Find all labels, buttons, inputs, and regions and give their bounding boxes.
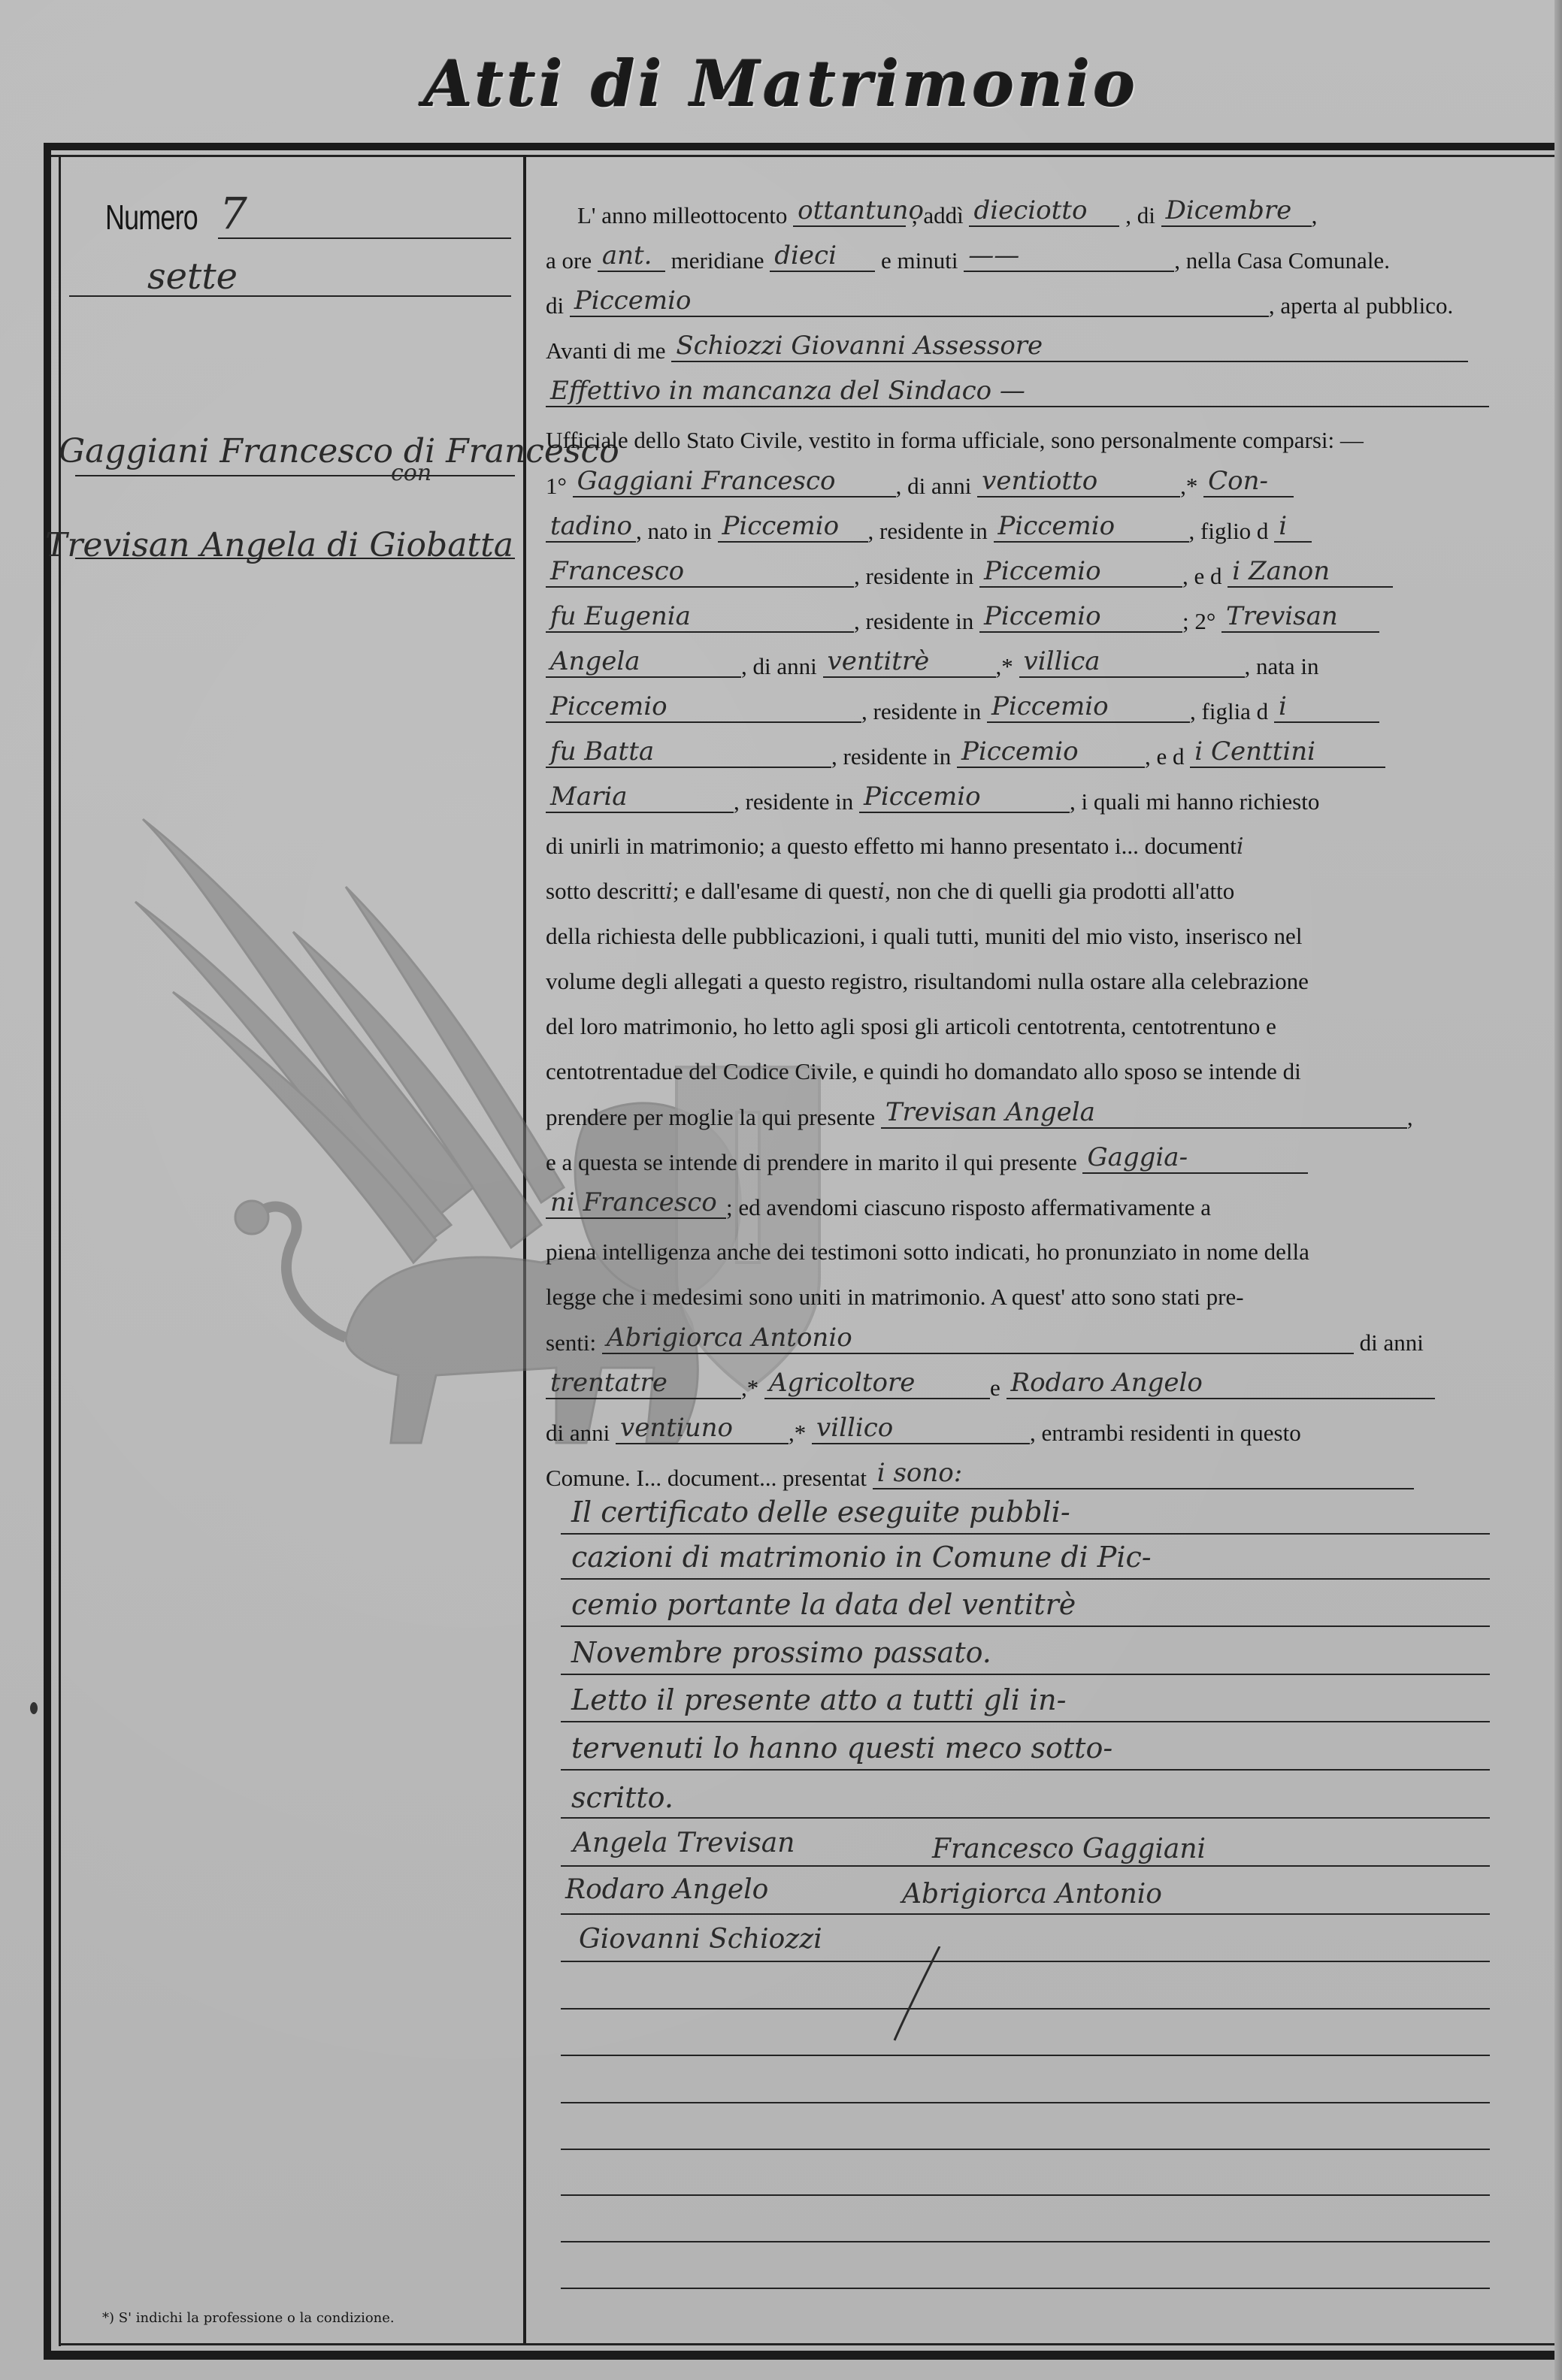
field-bride-profession: villica — [1019, 651, 1245, 678]
field-groom-name: Gaggiani Francesco — [573, 470, 896, 497]
act-row-text: del loro matrimonio, ho letto agli sposi… — [546, 1012, 1502, 1057]
field-month: Dicembre — [1161, 200, 1312, 227]
field-witness1-age: trentatre — [546, 1372, 741, 1399]
field-witness2-profession: villico — [812, 1417, 1030, 1444]
documents-line: Letto il presente atto a tutti gli in- — [571, 1683, 1066, 1716]
act-row-ufficiale: Ufficiale dello Stato Civile, vestito in… — [546, 425, 1502, 470]
act-row-bride-confirm: prendere per moglie la qui presente Trev… — [546, 1102, 1502, 1147]
act-row-witness-1: senti: Abrigiorca Antonio di anni — [546, 1327, 1502, 1372]
field-officer-name: Schiozzi Giovanni Assessore — [671, 335, 1468, 362]
frame-border-top — [44, 143, 1562, 150]
field-groom-father: Francesco — [546, 561, 854, 588]
frame-border-left — [44, 143, 51, 2360]
field-witness1-profession: Agricoltore — [764, 1372, 990, 1399]
signature-line — [561, 1913, 1490, 1915]
ruled-line — [561, 1721, 1490, 1722]
act-row-text: centotrentadue del Codice Civile, e quin… — [546, 1057, 1502, 1102]
signature-line — [561, 1961, 1490, 1962]
act-row-bride: Angela, di anni ventitrè,* villica, nata… — [546, 651, 1502, 696]
act-row-bride-father: fu Batta, residente in Piccemio, e d i C… — [546, 741, 1502, 786]
footnote: *) S' indichi la professione o la condiz… — [102, 2310, 395, 2326]
frame-border-left-inner — [59, 155, 61, 2346]
field-groom-confirm: Gaggia- — [1082, 1147, 1308, 1174]
field-groom-parent-suffix: i — [1274, 516, 1312, 543]
field-witness1-name: Abrigiorca Antonio — [602, 1327, 1354, 1354]
signature-bride: Angela Trevisan — [573, 1828, 795, 1858]
frame-border-bottom-inner — [59, 2343, 1562, 2345]
field-bride-age: ventitrè — [823, 651, 996, 678]
field-groom-mother: i Zanon — [1228, 561, 1393, 588]
act-row-commune: di Piccemio, aperta al pubblico. — [546, 290, 1502, 335]
act-row-groom-birth: tadino, nato in Piccemio, residente in P… — [546, 516, 1502, 561]
act-row-witness-2: trentatre,* Agricoltoree Rodaro Angelo — [546, 1372, 1502, 1417]
act-row-year: L' anno milleottocento ottantuno , addì … — [546, 200, 1502, 245]
frame-border-bottom — [44, 2351, 1562, 2360]
field-groom-residence: Piccemio — [994, 516, 1189, 543]
documents-line: cazioni di matrimonio in Comune di Pic- — [571, 1541, 1152, 1574]
act-row-groom-father: Francesco, residente in Piccemio, e d i … — [546, 561, 1502, 606]
frame-border-top-inner — [44, 155, 1562, 157]
act-row-groom-confirm-cont: ni Francesco; ed avendomi ciascuno rispo… — [546, 1192, 1502, 1237]
field-day: dieciotto — [969, 200, 1119, 227]
field-groom-profession: Con- — [1203, 470, 1294, 497]
numero-underline — [218, 237, 511, 239]
field-bride-mother-residence: Piccemio — [859, 786, 1070, 813]
page-edge — [1554, 0, 1562, 2380]
field-bride-confirm: Trevisan Angela — [881, 1102, 1407, 1129]
act-row-time: a ore ant. meridiane dieci e minuti ——, … — [546, 245, 1502, 290]
signature-witness-1: Abrigiorca Antonio — [902, 1879, 1162, 1910]
ruled-line — [561, 1817, 1490, 1819]
field-hour: dieci — [770, 245, 875, 272]
field-witness2-name: Rodaro Angelo — [1007, 1372, 1435, 1399]
signature-witness-2: Rodaro Angelo — [565, 1874, 768, 1905]
field-documents-intro: i sono: — [873, 1462, 1414, 1489]
field-year: ottantuno — [793, 200, 906, 227]
field-bride-residence: Piccemio — [987, 696, 1190, 723]
field-bride-surname: Trevisan — [1221, 606, 1379, 633]
field-groom-birthplace: Piccemio — [718, 516, 868, 543]
field-bride-parent-suffix: i — [1274, 696, 1379, 723]
register-page: Atti di Matrimonio Numero — [0, 0, 1562, 2380]
act-row-bride-birth: Piccemio, residente in Piccemio, figlia … — [546, 696, 1502, 741]
field-commune: Piccemio — [570, 290, 1269, 317]
act-number-value: 7 — [219, 188, 247, 239]
ruled-line — [561, 1674, 1490, 1675]
empty-ruled-line — [561, 2008, 1490, 2010]
field-am-pm: ant. — [598, 245, 665, 272]
act-row-text: sotto descritti; e dall'esame di questi,… — [546, 876, 1502, 921]
act-row-witness-2-details: di anni ventiuno,* villico, entrambi res… — [546, 1417, 1502, 1462]
field-groom-mother-residence: Piccemio — [979, 606, 1182, 633]
numero-label: Numero — [105, 197, 198, 237]
ruled-line — [561, 1625, 1490, 1627]
empty-ruled-line — [561, 2241, 1490, 2242]
margin-underline-2 — [75, 558, 515, 559]
act-row-groom: 1° Gaggiani Francesco, di anni ventiotto… — [546, 470, 1502, 516]
field-bride-mother: i Centtini — [1190, 741, 1385, 768]
field-bride-birthplace: Piccemio — [546, 696, 861, 723]
field-groom-mother-cont: fu Eugenia — [546, 606, 854, 633]
documents-line: tervenuti lo hanno questi meco sotto- — [571, 1731, 1112, 1765]
field-witness2-age: ventiuno — [616, 1417, 789, 1444]
act-row-text: di unirli in matrimonio; a questo effett… — [546, 831, 1502, 876]
act-row-text: volume degli allegati a questo registro,… — [546, 966, 1502, 1012]
numero-words-underline — [69, 295, 511, 297]
documents-line: scritto. — [571, 1781, 674, 1814]
signature-line — [561, 1865, 1490, 1867]
act-row-text: della richiesta delle pubblicazioni, i q… — [546, 921, 1502, 966]
field-groom-confirm-cont: ni Francesco — [546, 1192, 726, 1219]
field-bride-name: Angela — [546, 651, 741, 678]
act-row-text: legge che i medesimi sono uniti in matri… — [546, 1282, 1502, 1327]
margin-underline-1 — [75, 475, 515, 476]
field-groom-age: ventiotto — [977, 470, 1180, 497]
margin-con: con — [391, 460, 431, 486]
page-title: Atti di Matrimonio — [0, 47, 1562, 121]
act-number-words: sette — [147, 256, 238, 298]
empty-ruled-line — [561, 2288, 1490, 2289]
signature-groom: Francesco Gaggiani — [932, 1834, 1206, 1864]
documents-line: Il certificato delle eseguite pubbli- — [571, 1495, 1070, 1529]
empty-ruled-line — [561, 2149, 1490, 2150]
signature-officer: Giovanni Schiozzi — [579, 1924, 822, 1955]
documents-line: cemio portante la data del ventitrè — [571, 1588, 1076, 1621]
empty-ruled-line — [561, 2194, 1490, 2196]
ruled-line — [561, 1533, 1490, 1535]
field-bride-father-residence: Piccemio — [957, 741, 1145, 768]
column-divider — [523, 155, 526, 2343]
act-row-officer: Avanti di me Schiozzi Giovanni Assessore — [546, 335, 1502, 380]
act-row-groom-confirm: e a questa se intende di prendere in mar… — [546, 1147, 1502, 1192]
field-groom-profession-cont: tadino — [546, 516, 636, 543]
field-minutes: —— — [964, 245, 1174, 272]
field-bride-father: fu Batta — [546, 741, 831, 768]
field-bride-mother-cont: Maria — [546, 786, 734, 813]
act-row-text: piena intelligenza anche dei testimoni s… — [546, 1237, 1502, 1282]
ruled-line — [561, 1769, 1490, 1771]
field-groom-father-residence: Piccemio — [979, 561, 1182, 588]
empty-ruled-line — [561, 2102, 1490, 2103]
act-row-groom-mother: fu Eugenia, residente in Piccemio; 2° Tr… — [546, 606, 1502, 651]
documents-line: Novembre prossimo passato. — [571, 1636, 991, 1669]
ruled-line — [561, 1578, 1490, 1580]
margin-groom-name: Gaggiani Francesco di Francesco — [59, 432, 619, 470]
ink-spot — [30, 1702, 38, 1714]
empty-ruled-line — [561, 2055, 1490, 2056]
act-row-officer-role: Effettivo in mancanza del Sindaco — — [546, 380, 1502, 425]
field-officer-role: Effettivo in mancanza del Sindaco — — [546, 380, 1489, 407]
pen-stroke-icon — [887, 1946, 947, 2044]
act-row-bride-mother: Maria, residente in Piccemio, i quali mi… — [546, 786, 1502, 831]
